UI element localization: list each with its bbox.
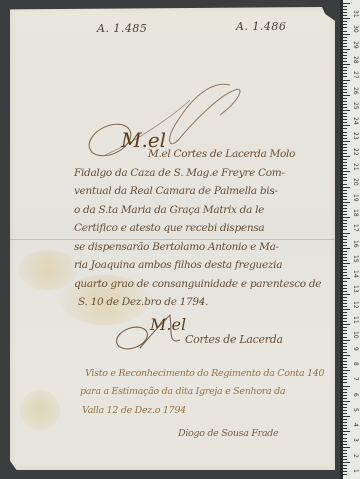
ruler-tick	[343, 223, 347, 224]
ruler-tick	[343, 474, 347, 475]
ruler-tick	[343, 294, 350, 295]
ruler-tick	[343, 275, 347, 276]
ruler-tick	[343, 401, 350, 402]
ruler-tick	[343, 444, 347, 445]
ruler-tick	[343, 168, 347, 169]
ruler-tick	[343, 425, 347, 426]
ruler-number: 2	[352, 454, 359, 458]
ruler-tick	[343, 438, 347, 439]
ruler-tick	[343, 395, 347, 396]
ruler-tick	[343, 37, 347, 38]
ruler-tick	[343, 180, 347, 181]
ruler-tick	[343, 110, 350, 111]
ruler-tick	[343, 184, 347, 185]
ruler-tick	[343, 337, 347, 338]
ruler-number: 21	[352, 163, 359, 171]
ruler-tick	[343, 58, 347, 59]
ruler-tick	[343, 125, 350, 126]
ruler-number: 8	[352, 362, 359, 366]
signature-name: Cortes de Lacerda	[185, 333, 283, 346]
ruler-tick	[343, 52, 347, 53]
ruler-tick	[343, 153, 347, 154]
body-line-8: quarto grao de consanguinidade e parente…	[74, 278, 321, 290]
paper-fold-line	[10, 239, 335, 240]
ruler-tick	[343, 248, 350, 249]
ruler-number: 17	[352, 224, 359, 232]
ruler-tick	[343, 6, 347, 7]
second-signature: Diogo de Sousa Frade	[178, 428, 278, 439]
ruler-tick	[343, 18, 350, 19]
ruler-tick	[343, 370, 350, 371]
ruler-tick	[343, 135, 347, 136]
ruler-number: 29	[352, 41, 359, 49]
ruler-number: 11	[352, 316, 359, 324]
ruler-tick	[343, 447, 350, 448]
ruler-tick	[343, 257, 347, 258]
reference-number-left: A. 1.485	[97, 22, 147, 35]
ruler-tick	[343, 34, 350, 35]
ruler-tick	[343, 419, 347, 420]
ruler-tick	[343, 465, 347, 466]
ruler-tick	[343, 147, 347, 148]
ruler-number: 5	[352, 408, 359, 412]
ruler-tick	[343, 266, 347, 267]
body-line-3: ventual da Real Camara de Palmella bis-	[74, 185, 278, 197]
ruler-number: 13	[352, 285, 359, 293]
ruler-tick	[343, 27, 347, 28]
ruler-tick	[343, 193, 347, 194]
note-line-1: Visto e Reconhecimento do Regimento da C…	[85, 368, 324, 379]
ruler-tick	[343, 318, 347, 319]
body-line-2: Fidalgo da Caza de S. Mag.e Freyre Com-	[74, 167, 285, 179]
ruler-tick	[343, 150, 347, 151]
ruler-number: 31	[352, 10, 359, 18]
body-line-7: ria Joaquina ambos filhos desta freguezi…	[74, 259, 282, 271]
ruler-tick	[343, 441, 347, 442]
ruler-number: 22	[352, 148, 359, 156]
ruler-tick	[343, 67, 347, 68]
ruler-number: 27	[352, 71, 359, 79]
ruler-number: 30	[352, 25, 359, 33]
ruler-number: 3	[352, 438, 359, 442]
ruler-tick	[343, 343, 347, 344]
ruler-tick	[343, 352, 347, 353]
ruler-tick	[343, 315, 347, 316]
ruler-tick	[343, 12, 347, 13]
ruler-number: 18	[352, 209, 359, 217]
measurement-ruler: 3130292827262524232221201918171615141312…	[340, 0, 360, 479]
ruler-tick	[343, 128, 347, 129]
ruler-tick	[343, 242, 347, 243]
ruler-tick	[343, 159, 347, 160]
ruler-number: 4	[352, 423, 359, 427]
ruler-tick	[343, 422, 347, 423]
ruler-tick	[343, 453, 347, 454]
ruler-tick	[343, 269, 347, 270]
ruler-tick	[343, 413, 347, 414]
ruler-tick	[343, 116, 347, 117]
ruler-number: 23	[352, 132, 359, 140]
ruler-tick	[343, 113, 347, 114]
ruler-tick	[343, 165, 347, 166]
ruler-tick	[343, 340, 350, 341]
ruler-number: 20	[352, 178, 359, 186]
ruler-tick	[343, 229, 347, 230]
ruler-tick	[343, 208, 347, 209]
ruler-tick	[343, 358, 347, 359]
ruler-tick	[343, 64, 350, 65]
ruler-number: 19	[352, 194, 359, 202]
ruler-number: 9	[352, 347, 359, 351]
ruler-tick	[343, 214, 347, 215]
ruler-tick	[343, 392, 347, 393]
ruler-tick	[343, 92, 347, 93]
ruler-tick	[343, 456, 347, 457]
ruler-tick	[343, 376, 347, 377]
ruler-tick	[343, 55, 347, 56]
ruler-tick	[343, 281, 347, 282]
ruler-tick	[343, 95, 350, 96]
ruler-number: 16	[352, 240, 359, 248]
ruler-tick	[343, 226, 347, 227]
ruler-tick	[343, 138, 347, 139]
ruler-tick	[343, 330, 347, 331]
ruler-number: 25	[352, 102, 359, 110]
ruler-tick	[343, 76, 347, 77]
ruler-tick	[343, 83, 347, 84]
body-line-1: M.el Cortes de Lacerda Molo	[148, 148, 295, 160]
ruler-tick	[343, 156, 350, 157]
ruler-tick	[343, 171, 350, 172]
ruler-tick	[343, 309, 350, 310]
ruler-number: 24	[352, 117, 359, 125]
ruler-tick	[343, 468, 347, 469]
ruler-number: 15	[352, 255, 359, 263]
ruler-tick	[343, 119, 347, 120]
ruler-tick	[343, 46, 347, 47]
ruler-tick	[343, 73, 347, 74]
ruler-number: 26	[352, 87, 359, 95]
ruler-tick	[343, 355, 350, 356]
ruler-tick	[343, 382, 347, 383]
ruler-tick	[343, 61, 347, 62]
ruler-tick	[343, 254, 347, 255]
ruler-tick	[343, 471, 347, 472]
ruler-tick	[343, 245, 347, 246]
ruler-number: 1	[352, 469, 359, 473]
body-line-4: o da S.ta Maria da Graça Matrix da le	[74, 204, 264, 216]
note-line-3: Valla 12 de Dez.o 1794	[82, 405, 186, 416]
ruler-number: 6	[352, 393, 359, 397]
reference-number-right: A. 1.486	[236, 20, 286, 33]
body-line-5: Certifico e atesto que recebi dispensa	[74, 222, 264, 234]
ruler-tick	[343, 141, 350, 142]
ruler-tick	[343, 98, 347, 99]
ruler-tick	[343, 404, 347, 405]
ruler-number: 28	[352, 56, 359, 64]
ruler-tick	[343, 450, 347, 451]
ruler-tick	[343, 346, 347, 347]
ruler-tick	[343, 324, 350, 325]
ruler-tick	[343, 122, 347, 123]
ruler-tick	[343, 24, 347, 25]
ruler-tick	[343, 196, 347, 197]
ruler-tick	[343, 272, 347, 273]
ruler-tick	[343, 220, 347, 221]
ruler-tick	[343, 389, 347, 390]
ruler-tick	[343, 9, 347, 10]
ruler-tick	[343, 239, 347, 240]
ruler-tick	[343, 361, 347, 362]
ruler-number: 7	[352, 377, 359, 381]
ruler-tick	[343, 43, 347, 44]
paper-stain	[20, 390, 60, 430]
body-line-9-date: S. 10 de Dez.bro de 1794.	[78, 296, 208, 308]
ruler-tick	[343, 278, 350, 279]
ruler-tick	[343, 80, 350, 81]
ruler-tick	[343, 190, 347, 191]
ruler-tick	[343, 291, 347, 292]
ruler-tick	[343, 177, 347, 178]
ruler-tick	[343, 297, 347, 298]
ruler-tick	[343, 104, 347, 105]
ruler-tick	[343, 217, 350, 218]
ruler-tick	[343, 205, 347, 206]
ruler-tick	[343, 49, 350, 50]
ruler-tick	[343, 459, 347, 460]
ruler-tick	[343, 86, 347, 87]
ruler-tick	[343, 233, 350, 234]
ruler-tick	[343, 236, 347, 237]
ruler-tick	[343, 407, 347, 408]
ruler-tick	[343, 187, 350, 188]
ruler-tick	[343, 211, 347, 212]
ruler-tick	[343, 367, 347, 368]
ruler-tick	[343, 306, 347, 307]
ruler-tick	[343, 379, 347, 380]
ruler-tick	[343, 312, 347, 313]
ruler-tick	[343, 300, 347, 301]
ruler-tick	[343, 260, 347, 261]
note-line-2: para a Estimação da dita Igreja e Senhor…	[80, 386, 285, 397]
ruler-tick	[343, 398, 347, 399]
ruler-tick	[343, 349, 347, 350]
body-line-6: se dispensarão Bertolamo Antonio e Ma-	[74, 241, 279, 253]
ruler-tick	[343, 373, 347, 374]
ruler-tick	[343, 89, 347, 90]
ruler-number: 10	[352, 331, 359, 339]
ruler-tick	[343, 410, 347, 411]
ruler-tick	[343, 21, 347, 22]
ruler-tick	[343, 288, 347, 289]
scanned-document: A. 1.485 A. 1.486 M.el M.el Cortes de La…	[0, 0, 360, 479]
ruler-tick	[343, 416, 350, 417]
ruler-tick	[343, 40, 347, 41]
ruler-tick	[343, 434, 347, 435]
ruler-tick	[343, 31, 347, 32]
signature-initials: M.el	[150, 315, 186, 334]
ruler-tick	[343, 431, 350, 432]
ruler-tick	[343, 202, 350, 203]
ruler-tick	[343, 327, 347, 328]
ruler-tick	[343, 251, 347, 252]
ruler-number: 12	[352, 301, 359, 309]
ruler-tick	[343, 132, 347, 133]
ruler-tick	[343, 285, 347, 286]
ruler-tick	[343, 101, 347, 102]
ruler-tick	[343, 303, 347, 304]
ruler-tick	[343, 162, 347, 163]
ruler-number: 14	[352, 270, 359, 278]
ruler-tick	[343, 263, 350, 264]
ruler-tick	[343, 3, 350, 4]
ruler-tick	[343, 386, 350, 387]
ruler-tick	[343, 321, 347, 322]
ruler-tick	[343, 462, 350, 463]
ruler-tick	[343, 174, 347, 175]
ruler-tick	[343, 107, 347, 108]
ruler-tick	[343, 428, 347, 429]
ruler-tick	[343, 333, 347, 334]
ruler-tick	[343, 144, 347, 145]
ruler-tick	[343, 199, 347, 200]
ruler-tick	[343, 15, 347, 16]
ruler-tick	[343, 364, 347, 365]
ruler-tick	[343, 70, 347, 71]
